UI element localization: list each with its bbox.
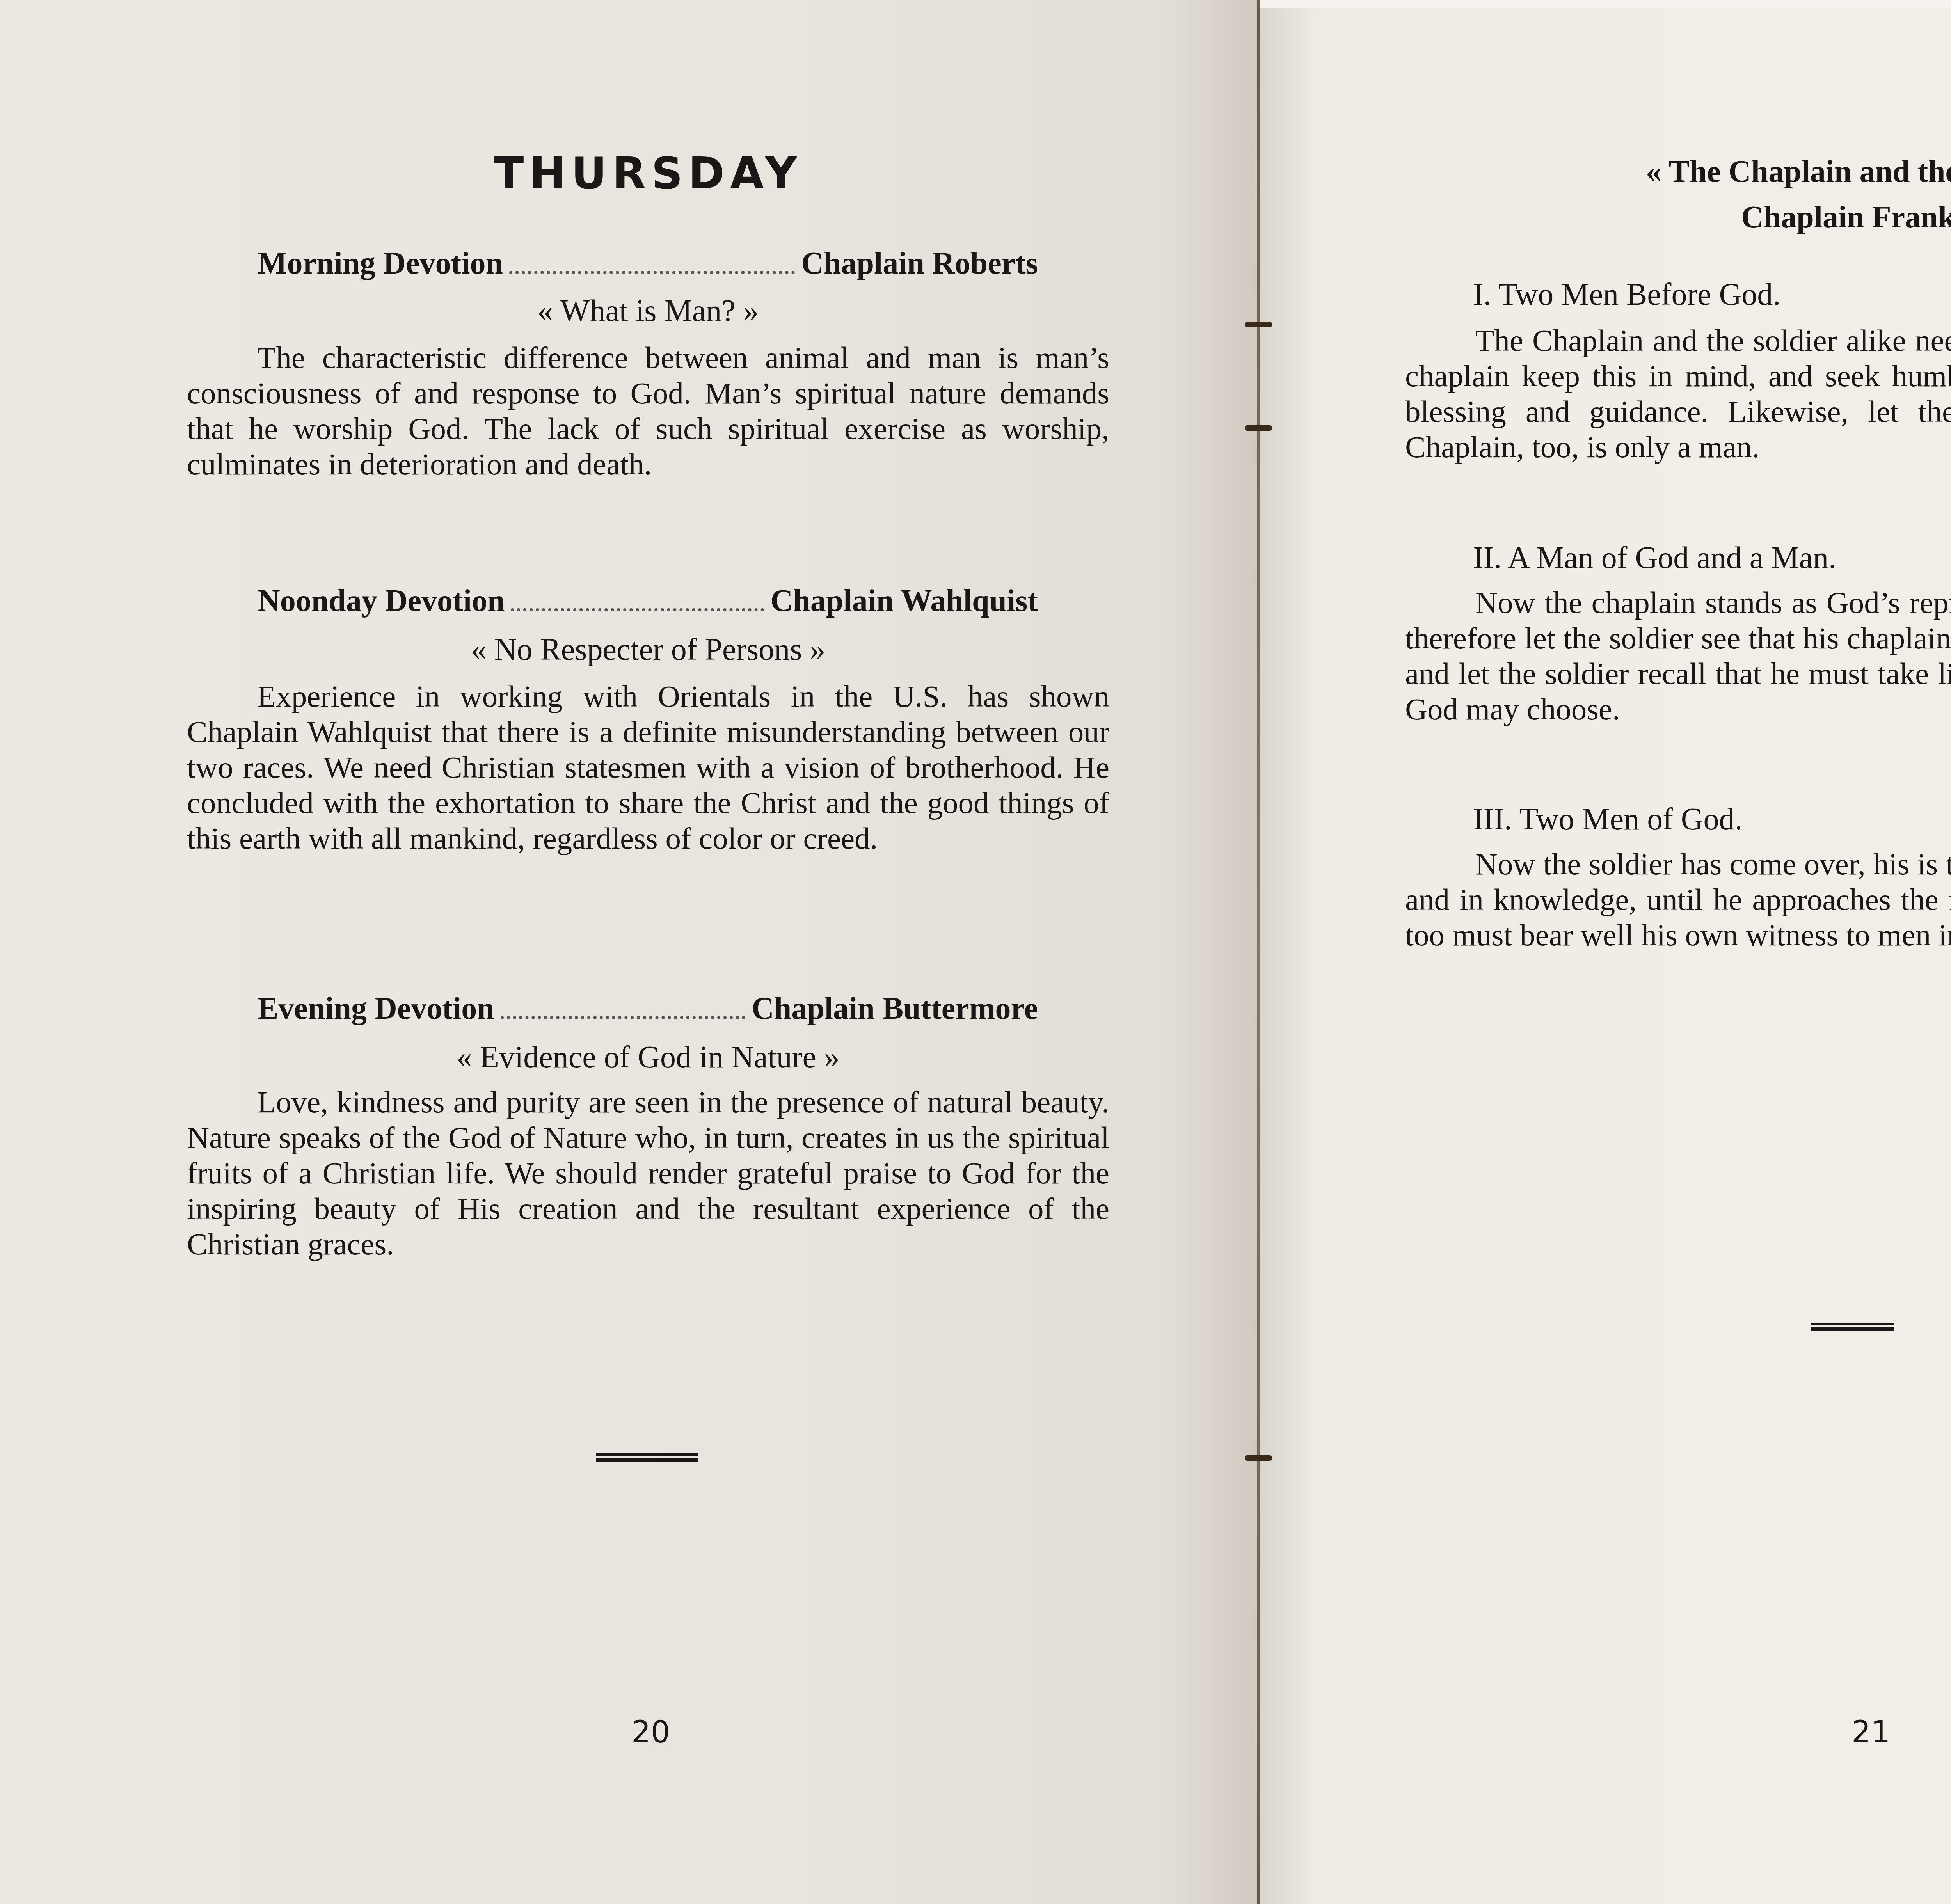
- staple-icon: [1245, 425, 1272, 431]
- sermon-speaker: Chaplain Franklin: [1405, 200, 1951, 235]
- page-number: 20: [631, 1715, 670, 1750]
- staple-icon: [1245, 1455, 1272, 1461]
- devotion-title: « What is Man? »: [187, 293, 1109, 329]
- staple-icon: [1245, 322, 1272, 327]
- devotion-speaker: Chaplain Roberts: [801, 246, 1038, 281]
- point-heading: II. A Man of God and a Man.: [1473, 540, 1836, 576]
- devotion-body: The characteristic difference between an…: [187, 340, 1109, 482]
- section-divider: [1811, 1323, 1894, 1331]
- point-heading: I. Two Men Before God.: [1473, 277, 1780, 313]
- evening-devotion-heading: Evening Devotion Chaplain Buttermore: [258, 991, 1038, 1027]
- devotion-label: Morning Devotion: [258, 246, 503, 281]
- devotion-speaker: Chaplain Wahlquist: [770, 583, 1038, 619]
- devotion-title: « No Respecter of Persons »: [187, 632, 1109, 668]
- point-body: The Chaplain and the soldier alike need …: [1405, 323, 1951, 465]
- devotion-body: Love, kindness and purity are seen in th…: [187, 1085, 1109, 1262]
- dot-leader: [511, 608, 764, 611]
- book-gutter: [1257, 0, 1260, 1904]
- page-number: 21: [1851, 1715, 1890, 1750]
- devotion-title: « Evidence of God in Nature »: [187, 1040, 1109, 1075]
- noonday-devotion-heading: Noonday Devotion Chaplain Wahlquist: [258, 583, 1038, 619]
- point-body: Now the soldier has come over, his is th…: [1405, 847, 1951, 953]
- section-divider: [596, 1453, 698, 1462]
- sermon-title: « The Chaplain and the Soldier »: [1405, 154, 1951, 190]
- dot-leader: [501, 1016, 745, 1019]
- dot-leader: [509, 271, 795, 274]
- left-page: [0, 0, 1259, 1904]
- devotion-body: Experience in working with Orientals in …: [187, 679, 1109, 856]
- devotion-label: Noonday Devotion: [258, 583, 505, 619]
- devotion-label: Evening Devotion: [258, 991, 494, 1027]
- morning-devotion-heading: Morning Devotion Chaplain Roberts: [258, 246, 1038, 281]
- devotion-speaker: Chaplain Buttermore: [752, 991, 1038, 1027]
- point-heading: III. Two Men of God.: [1473, 802, 1743, 837]
- day-title: THURSDAY: [187, 148, 1109, 199]
- point-body: Now the chaplain stands as God’s represe…: [1405, 585, 1951, 727]
